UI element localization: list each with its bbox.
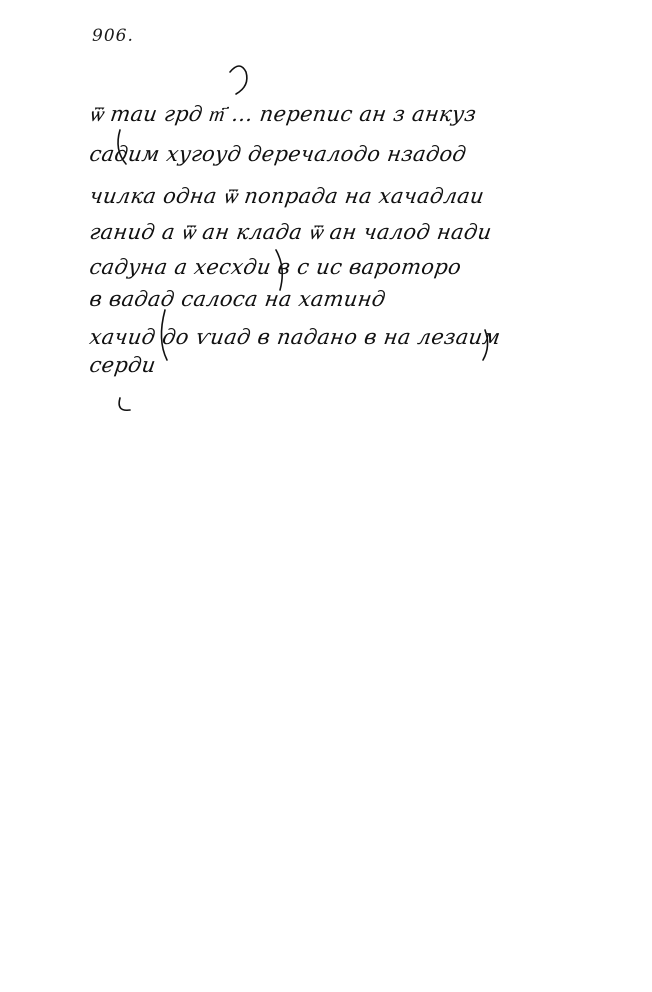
manuscript-line: серди [88, 353, 157, 377]
manuscript-page: 906. ѿ таи грд т҃ ... перепис ан з анкуз… [0, 0, 652, 992]
manuscript-line: садуна а хесхди в с ис вароторо [88, 255, 463, 279]
folio-number: 906. [92, 26, 134, 46]
manuscript-line: чилка одна ѿ попрада на хачадлаи [88, 184, 486, 209]
manuscript-line: в вадад салоса на хатинд [88, 287, 387, 311]
manuscript-line: хачид до ѵиад в падано в на лезаим [88, 325, 502, 349]
manuscript-line: садим хугоуд деречалодо нзадод [88, 142, 468, 166]
manuscript-line: ганид а ѿ ан клада ѿ ан чалод нади [88, 220, 493, 245]
manuscript-line: ѿ таи грд т҃ ... перепис ан з анкуз [88, 102, 552, 127]
